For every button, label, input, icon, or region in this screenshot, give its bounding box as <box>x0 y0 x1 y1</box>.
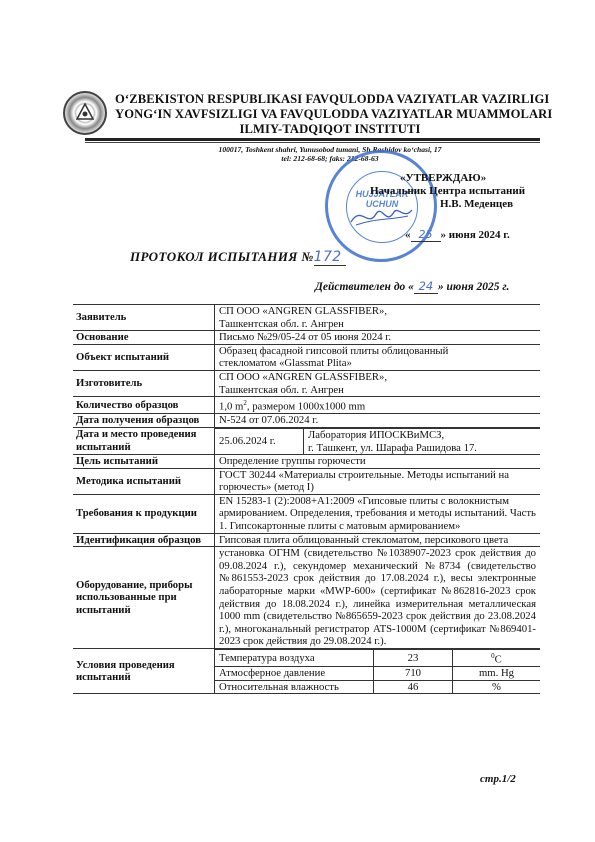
row-value: Определение группы горючести <box>215 455 541 469</box>
header-address: 100017, Toshkent shahri, Yunusobod tuman… <box>140 145 520 154</box>
row-value: Письмо №29/05-24 от 05 июня 2024 г. <box>215 331 541 345</box>
approval-date-day: 25 <box>411 228 441 242</box>
unit-text: C <box>495 654 502 666</box>
row-value: 25.06.2024 г. Лаборатория ИПОСКВиМСЗ, г.… <box>215 427 541 454</box>
approval-name: Н.В. Меденцев <box>440 198 513 210</box>
table-row-test-date-place: Дата и место проведения испытаний 25.06.… <box>73 427 540 454</box>
row-value: N-524 от 07.06.2024 г. <box>215 414 541 428</box>
test-place: Лаборатория ИПОСКВиМСЗ, г. Ташкент, ул. … <box>304 428 541 454</box>
date-place-table: 25.06.2024 г. Лаборатория ИПОСКВиМСЗ, г.… <box>215 428 540 454</box>
page-number: стр.1/2 <box>480 773 516 785</box>
header-institute: ILMIY-TADQIQOT INSTITUTI <box>115 122 545 137</box>
row-label: Условия проведения испытаний <box>73 649 215 694</box>
condition-value: 710 <box>374 667 453 681</box>
condition-value: 46 <box>374 680 453 693</box>
lab-name: Лаборатория ИПОСКВиМСЗ, <box>308 429 536 442</box>
signature-icon <box>346 200 416 230</box>
validity-day: 24 <box>414 279 438 294</box>
row-value: установка ОГНМ (свидетельство №1038907-2… <box>215 547 541 649</box>
row-label: Количество образцов <box>73 397 215 414</box>
row-label: Идентификация образцов <box>73 533 215 547</box>
condition-unit: 0C <box>453 650 541 667</box>
table-row-sample-identification: Идентификация образцов Гипсовая плита об… <box>73 533 540 547</box>
table-row-equipment: Оборудование, приборы использованные при… <box>73 547 540 649</box>
row-label: Заявитель <box>73 305 215 331</box>
validity-date: Действителен до «24» июня 2025 г. <box>315 279 509 294</box>
test-date: 25.06.2024 г. <box>215 428 304 454</box>
table-row-requirements: Требования к продукции EN 15283-1 (2):20… <box>73 494 540 533</box>
sample-qty: 1,0 m <box>219 401 243 413</box>
table-row-method: Методика испытаний ГОСТ 30244 «Материалы… <box>73 468 540 494</box>
row-value: 1,0 m2, размером 1000x1000 mm <box>215 397 541 414</box>
table-row-sample-count: Количество образцов 1,0 m2, размером 100… <box>73 397 540 414</box>
condition-name: Температура воздуха <box>215 650 374 667</box>
table-row-applicant: Заявитель СП ООО «ANGREN GLASSFIBER», Та… <box>73 305 540 331</box>
row-label: Изготовитель <box>73 370 215 396</box>
row-value: Образец фасадной гипсовой плиты облицова… <box>215 344 541 370</box>
condition-row: Относительная влажность 46 % <box>215 680 540 693</box>
condition-unit: mm. Hg <box>453 667 541 681</box>
lab-address: г. Ташкент, ул. Шарафа Рашидова 17. <box>308 442 536 455</box>
header-department: YONG‘IN XAVFSIZLIGI VA FAVQULODDA VAZIYA… <box>115 107 545 122</box>
row-value: EN 15283-1 (2):2008+A1:2009 «Гипсовые пл… <box>215 494 541 533</box>
row-value: СП ООО «ANGREN GLASSFIBER», Ташкентская … <box>215 370 541 396</box>
manufacturer-address: Ташкентская обл. г. Ангрен <box>219 384 536 397</box>
table-row-basis: Основание Письмо №29/05-24 от 05 июня 20… <box>73 331 540 345</box>
row-label: Объект испытаний <box>73 344 215 370</box>
sample-size: , размером 1000x1000 mm <box>247 401 365 413</box>
condition-name: Атмосферное давление <box>215 667 374 681</box>
row-label: Оборудование, приборы использованные при… <box>73 547 215 649</box>
table-row-test-object: Объект испытаний Образец фасадной гипсов… <box>73 344 540 370</box>
approval-date-suffix: » июня 2024 г. <box>441 229 510 241</box>
object-line: стекломатом «Glassmat Plita» <box>219 357 536 370</box>
header-ministry: O‘ZBEKISTON RESPUBLIKASI FAVQULODDA VAZI… <box>115 92 545 107</box>
table-row-receipt-date: Дата получения образцов N-524 от 07.06.2… <box>73 414 540 428</box>
row-value: СП ООО «ANGREN GLASSFIBER», Ташкентская … <box>215 305 541 331</box>
approval-position: Начальник Центра испытаний <box>370 185 525 197</box>
row-label: Дата получения образцов <box>73 414 215 428</box>
row-value: Гипсовая плита облицованный стекломатом,… <box>215 533 541 547</box>
condition-value: 23 <box>374 650 453 667</box>
protocol-title-text: ПРОТОКОЛ ИСПЫТАНИЯ № <box>130 249 314 264</box>
condition-row: Температура воздуха 23 0C <box>215 650 540 667</box>
table-row-test-conditions: Условия проведения испытаний Температура… <box>73 649 540 694</box>
applicant-address: Ташкентская обл. г. Ангрен <box>219 318 536 331</box>
conditions-table: Температура воздуха 23 0C Атмосферное да… <box>215 649 540 693</box>
row-label: Методика испытаний <box>73 468 215 494</box>
protocol-table: Заявитель СП ООО «ANGREN GLASSFIBER», Та… <box>73 304 540 694</box>
condition-row: Атмосферное давление 710 mm. Hg <box>215 667 540 681</box>
row-label: Цель испытаний <box>73 455 215 469</box>
header-contacts: tel: 212-68-68; faks: 212-68-63 <box>140 154 520 163</box>
condition-name: Относительная влажность <box>215 680 374 693</box>
approval-date: «25» июня 2024 г. <box>405 228 510 242</box>
validity-suffix: » июня 2025 г. <box>438 281 509 293</box>
applicant-name: СП ООО «ANGREN GLASSFIBER», <box>219 305 536 318</box>
table-row-manufacturer: Изготовитель СП ООО «ANGREN GLASSFIBER»,… <box>73 370 540 396</box>
institute-emblem-icon <box>63 91 107 135</box>
validity-prefix: Действителен до « <box>315 281 414 293</box>
header-divider <box>85 138 540 141</box>
table-row-purpose: Цель испытаний Определение группы горюче… <box>73 455 540 469</box>
row-value: Температура воздуха 23 0C Атмосферное да… <box>215 649 541 694</box>
object-line: Образец фасадной гипсовой плиты облицова… <box>219 345 536 358</box>
row-label: Дата и место проведения испытаний <box>73 427 215 454</box>
row-value: ГОСТ 30244 «Материалы строительные. Мето… <box>215 468 541 494</box>
condition-unit: % <box>453 680 541 693</box>
row-label: Основание <box>73 331 215 345</box>
protocol-title: ПРОТОКОЛ ИСПЫТАНИЯ №172 <box>130 249 346 266</box>
emblem-triangle-icon <box>76 103 94 121</box>
header-divider-thin <box>85 142 540 143</box>
protocol-number: 172 <box>314 249 346 266</box>
approval-heading: «УТВЕРЖДАЮ» <box>400 172 486 184</box>
row-label: Требования к продукции <box>73 494 215 533</box>
manufacturer-name: СП ООО «ANGREN GLASSFIBER», <box>219 371 536 384</box>
